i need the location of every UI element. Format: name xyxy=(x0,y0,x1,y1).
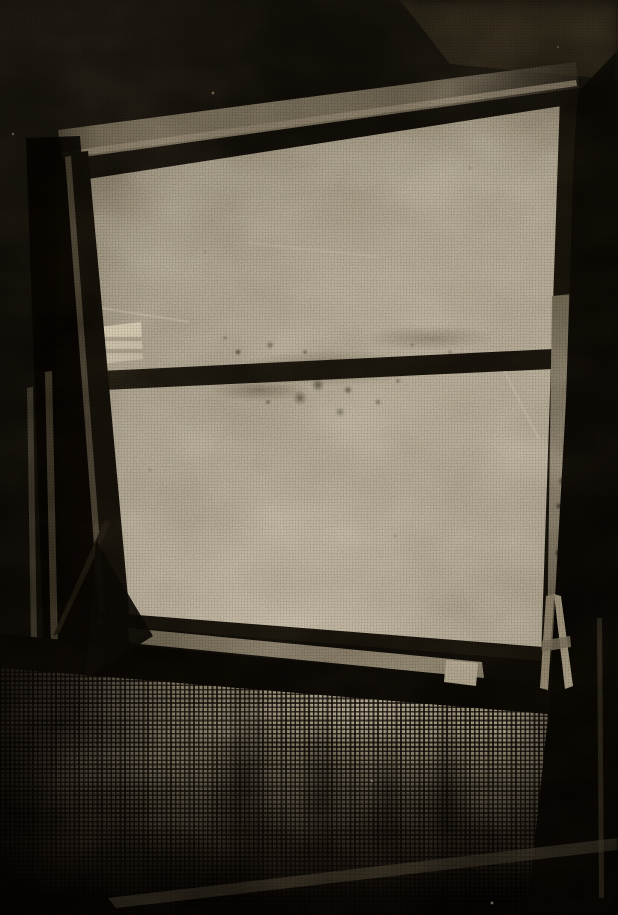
ceiling-beam-highlight xyxy=(0,0,618,915)
support-bracket-left-leg xyxy=(0,0,618,915)
glass-dirt-speckles xyxy=(0,0,618,915)
floor-edge-highlight xyxy=(0,0,618,915)
glass-scratch xyxy=(248,242,379,258)
mesh-screen-shading xyxy=(0,0,618,915)
right-jamb-gap xyxy=(0,0,618,915)
sill-highlight-wedge xyxy=(0,0,618,915)
sash-middle-rail xyxy=(0,0,618,915)
dust-specks xyxy=(0,0,618,915)
right-wall-vertical-line xyxy=(0,0,618,915)
window-frame-head xyxy=(0,0,618,915)
left-jamb-line xyxy=(0,0,618,915)
support-bracket-crossbar xyxy=(0,0,618,915)
photograph xyxy=(0,0,618,915)
sash-left-stile-highlight xyxy=(0,0,618,915)
window-sill-band xyxy=(0,0,618,915)
stay-arm-shadow xyxy=(0,0,618,915)
sash-bottom-rail xyxy=(0,0,618,915)
left-jamb-line xyxy=(0,0,618,915)
tonal-blotch-overlay xyxy=(0,0,618,915)
glass-light-patch xyxy=(0,0,618,915)
glass-scratch xyxy=(95,306,189,323)
window-pane xyxy=(0,0,618,915)
frame-head-edge-highlight xyxy=(0,0,618,915)
window-stay-arm xyxy=(0,0,618,915)
vignette-overlay xyxy=(0,0,618,915)
glass-scratch xyxy=(503,370,540,440)
support-bracket-right-leg xyxy=(0,0,618,915)
left-wall-shadow xyxy=(0,0,618,915)
right-jamb-highlight xyxy=(0,0,618,915)
right-wall-darkness xyxy=(0,0,618,915)
sash-left-stile xyxy=(0,0,618,915)
background-wall xyxy=(0,0,618,915)
halftone-dots-overlay xyxy=(0,0,618,915)
sash-right-stile xyxy=(0,0,618,915)
film-grain-overlay xyxy=(0,0,618,915)
sill-bright-patch xyxy=(0,0,618,915)
mesh-screen xyxy=(0,0,618,915)
